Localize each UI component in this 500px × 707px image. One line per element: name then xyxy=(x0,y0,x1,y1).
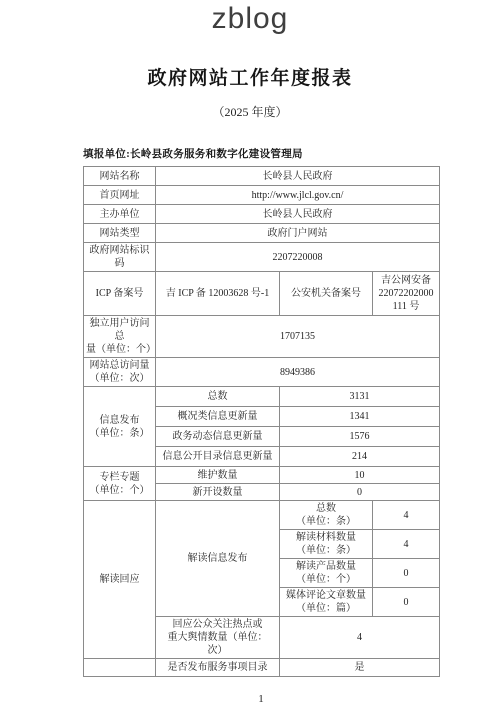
row-topics-maintained: 专栏专题 （单位：个） 维护数量 10 xyxy=(84,467,440,484)
hotspot-response-value: 4 xyxy=(280,617,440,659)
site-logo[interactable]: zblog xyxy=(0,2,500,36)
row-site-code: 政府网站标识码 2207220008 xyxy=(84,243,440,272)
empty-cell xyxy=(84,659,156,677)
site-type-value: 政府门户网站 xyxy=(156,224,440,243)
info-publish-total-value: 3131 xyxy=(280,387,440,407)
row-service-directory: 是否发布服务事项目录 是 xyxy=(84,659,440,677)
homepage-url-label: 首页网址 xyxy=(84,186,156,205)
info-publish-overview-label: 概况类信息更新量 xyxy=(156,407,280,427)
topics-new-label: 新开设数量 xyxy=(156,484,280,501)
row-info-publish-total: 信息发布 （单位：条） 总数 3131 xyxy=(84,387,440,407)
total-visits-label: 网站总访问量 （单位：次） xyxy=(84,358,156,387)
interp-materials-value: 4 xyxy=(373,530,440,559)
topics-new-value: 0 xyxy=(280,484,440,501)
interp-products-value: 0 xyxy=(373,559,440,588)
interpretation-group-label: 解读回应 xyxy=(84,501,156,659)
annual-report-table: 网站名称 长岭县人民政府 首页网址 http://www.jlcl.gov.cn… xyxy=(83,166,440,677)
organizer-value: 长岭县人民政府 xyxy=(156,205,440,224)
icp-filing-label: ICP 备案号 xyxy=(84,272,156,316)
info-publish-directory-label: 信息公开目录信息更新量 xyxy=(156,447,280,467)
site-code-label: 政府网站标识码 xyxy=(84,243,156,272)
row-interp-total: 解读回应 解读信息发布 总数 （单位：条） 4 xyxy=(84,501,440,530)
info-publish-directory-value: 214 xyxy=(280,447,440,467)
site-name-label: 网站名称 xyxy=(84,167,156,186)
row-organizer: 主办单位 长岭县人民政府 xyxy=(84,205,440,224)
info-publish-dynamics-value: 1576 xyxy=(280,427,440,447)
info-publish-group-label: 信息发布 （单位：条） xyxy=(84,387,156,467)
topics-maintained-label: 维护数量 xyxy=(156,467,280,484)
row-site-type: 网站类型 政府门户网站 xyxy=(84,224,440,243)
unique-visitors-value: 1707135 xyxy=(156,316,440,358)
info-publish-dynamics-label: 政务动态信息更新量 xyxy=(156,427,280,447)
interp-materials-label: 解读材料数量 （单位：条） xyxy=(280,530,373,559)
police-filing-value: 吉公网安备 22072202000 111 号 xyxy=(373,272,440,316)
interpretation-publish-label: 解读信息发布 xyxy=(156,501,280,617)
row-icp-filing: ICP 备案号 吉 ICP 备 12003628 号-1 公安机关备案号 吉公网… xyxy=(84,272,440,316)
organizer-label: 主办单位 xyxy=(84,205,156,224)
site-type-label: 网站类型 xyxy=(84,224,156,243)
info-publish-total-label: 总数 xyxy=(156,387,280,407)
interp-total-label: 总数 （单位：条） xyxy=(280,501,373,530)
site-name-value: 长岭县人民政府 xyxy=(156,167,440,186)
service-directory-label: 是否发布服务事项目录 xyxy=(156,659,280,677)
interp-media-articles-value: 0 xyxy=(373,588,440,617)
page-number: 1 xyxy=(83,693,439,705)
topics-maintained-value: 10 xyxy=(280,467,440,484)
report-sheet: 填报单位:长岭县政务服务和数字化建设管理局 网站名称 长岭县人民政府 首页网址 … xyxy=(83,148,439,705)
info-publish-overview-value: 1341 xyxy=(280,407,440,427)
police-filing-label: 公安机关备案号 xyxy=(280,272,373,316)
icp-filing-value: 吉 ICP 备 12003628 号-1 xyxy=(156,272,280,316)
unique-visitors-label: 独立用户访问总 量（单位：个） xyxy=(84,316,156,358)
interp-total-value: 4 xyxy=(373,501,440,530)
filing-unit: 填报单位:长岭县政务服务和数字化建设管理局 xyxy=(83,148,439,162)
row-site-name: 网站名称 长岭县人民政府 xyxy=(84,167,440,186)
special-topics-group-label: 专栏专题 （单位：个） xyxy=(84,467,156,501)
report-year-subtitle: （2025 年度） xyxy=(0,105,500,120)
report-title: 政府网站工作年度报表 xyxy=(0,66,500,91)
total-visits-value: 8949386 xyxy=(156,358,440,387)
homepage-url-value: http://www.jlcl.gov.cn/ xyxy=(156,186,440,205)
interp-media-articles-label: 媒体评论文章数量 （单位：篇） xyxy=(280,588,373,617)
report-page: 政府网站工作年度报表 （2025 年度） 填报单位:长岭县政务服务和数字化建设管… xyxy=(0,66,500,705)
site-code-value: 2207220008 xyxy=(156,243,440,272)
row-unique-visitors: 独立用户访问总 量（单位：个） 1707135 xyxy=(84,316,440,358)
row-total-visits: 网站总访问量 （单位：次） 8949386 xyxy=(84,358,440,387)
hotspot-response-label: 回应公众关注热点或 重大舆情数量（单位： 次） xyxy=(156,617,280,659)
row-homepage-url: 首页网址 http://www.jlcl.gov.cn/ xyxy=(84,186,440,205)
site-header: zblog xyxy=(0,2,500,36)
interp-products-label: 解读产品数量 （单位：个） xyxy=(280,559,373,588)
service-directory-value: 是 xyxy=(280,659,440,677)
